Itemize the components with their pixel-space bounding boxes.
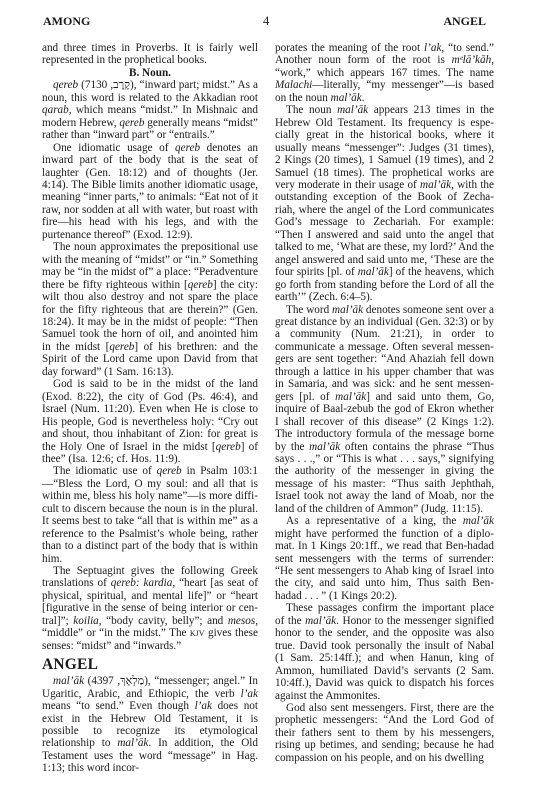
paragraph: The idiomatic use of qereb in Psalm 103:… xyxy=(42,465,258,565)
right-guide-word: ANGEL xyxy=(443,14,486,29)
hebrew-word: מַלְאָךְ xyxy=(120,675,144,687)
entry-heading-angel: ANGEL xyxy=(42,656,258,674)
running-header: AMONG 4 ANGEL xyxy=(43,14,486,32)
paragraph: God also sent messengers. First, there a… xyxy=(275,702,494,764)
right-column: porates the meaning of the root l’ak, “t… xyxy=(275,42,494,764)
paragraph: The noun mal’āk appears 213 times in the… xyxy=(275,104,494,303)
paragraph-malak-definition: mal’āk (מַלְאָךְ, 4397), “messenger; ang… xyxy=(42,675,258,775)
paragraph-qereb-definition: qereb (קֶרֶב, 7130), “inward part; midst… xyxy=(42,79,258,141)
page-number: 4 xyxy=(263,14,269,29)
paragraph: As a representative of a king, the mal’ā… xyxy=(275,515,494,602)
dictionary-page: AMONG 4 ANGEL and three times in Proverb… xyxy=(0,0,533,795)
paragraph: The noun approximates the prepositional … xyxy=(42,241,258,378)
paragraph: One idiomatic usage of qereb denotes an … xyxy=(42,142,258,242)
paragraph: and three times in Proverbs. It is fairl… xyxy=(42,42,258,67)
left-guide-word: AMONG xyxy=(43,14,90,29)
paragraph: porates the meaning of the root l’ak, “t… xyxy=(275,42,494,104)
paragraph: God is said to be in the midst of the la… xyxy=(42,378,258,465)
subheading-noun: B. Noun. xyxy=(42,67,258,79)
hebrew-word: קֶרֶב xyxy=(113,79,130,91)
left-column: and three times in Proverbs. It is fairl… xyxy=(42,42,258,775)
paragraph: These passages confirm the important pla… xyxy=(275,602,494,702)
paragraph: The Septuagint gives the following Greek… xyxy=(42,565,258,652)
paragraph: The word mal’āk denotes someone sent ove… xyxy=(275,304,494,516)
